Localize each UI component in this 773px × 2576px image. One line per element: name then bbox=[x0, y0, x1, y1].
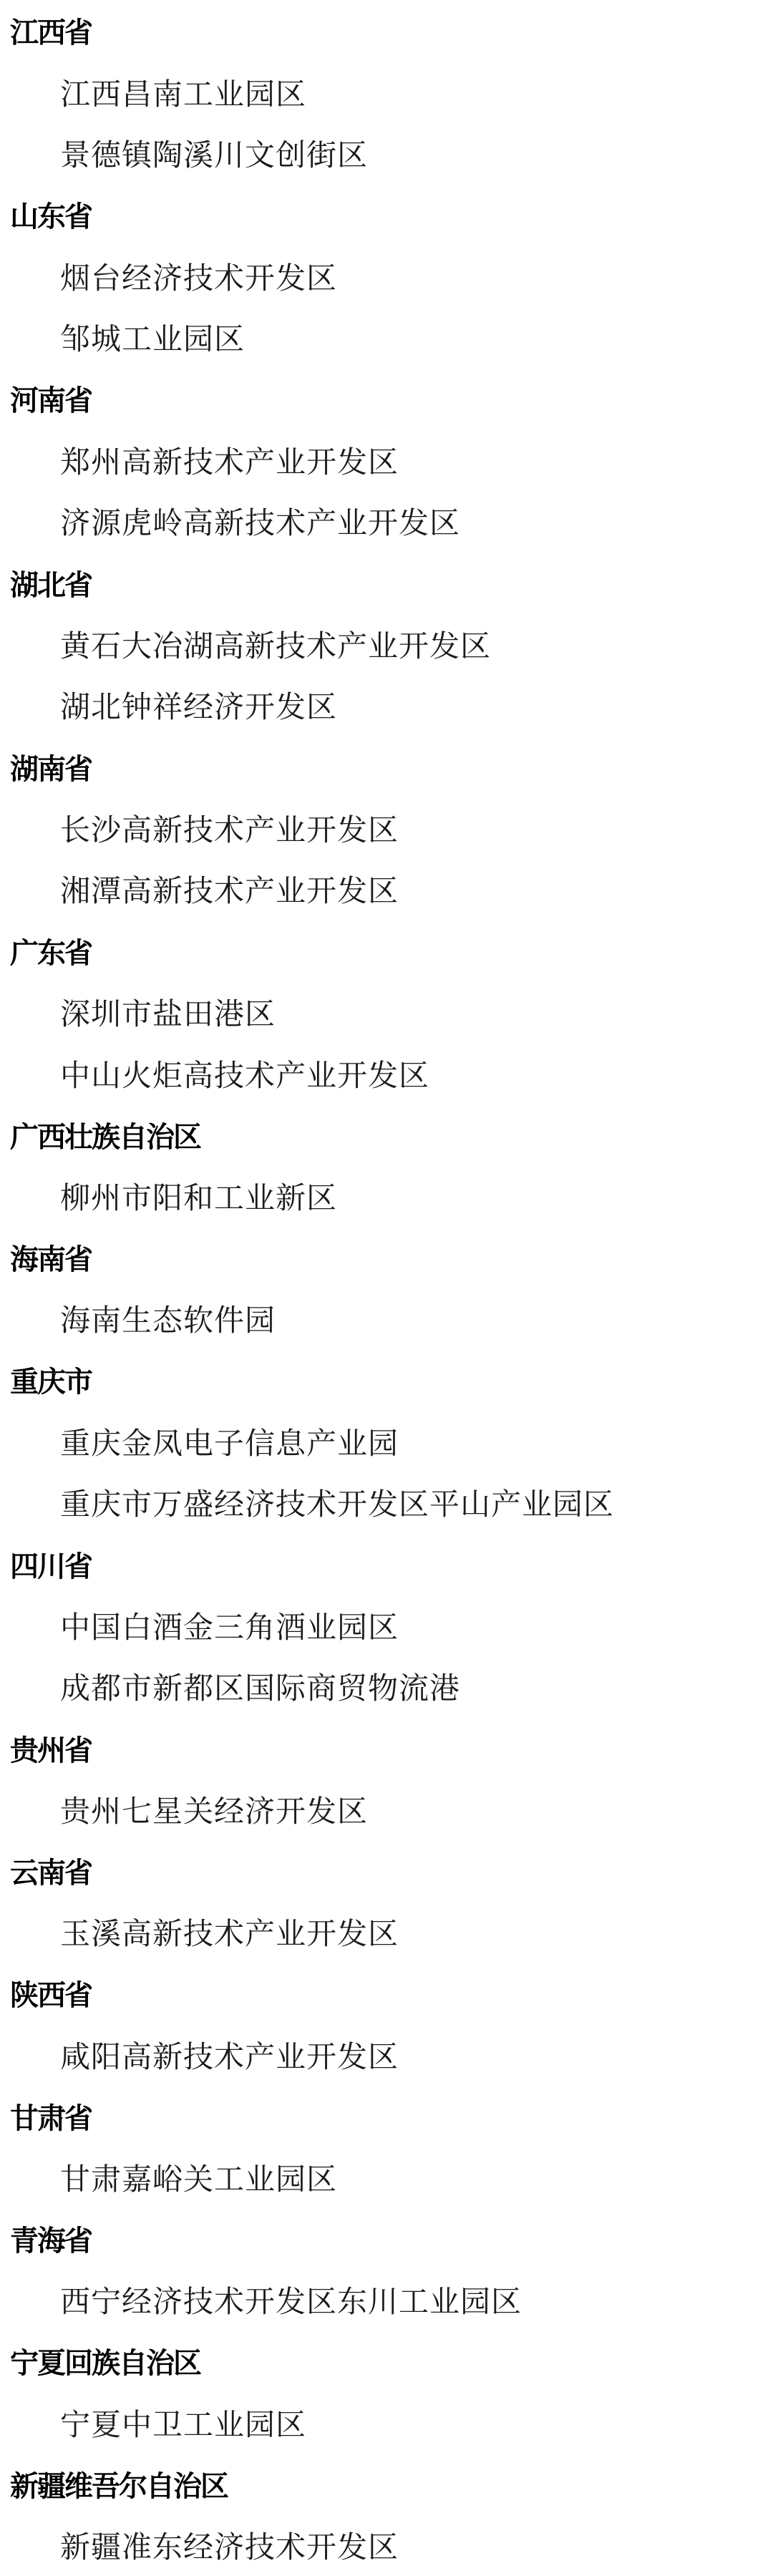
park-item: 深圳市盐田港区 bbox=[0, 981, 773, 1043]
park-item: 湘潭高新技术产业开发区 bbox=[0, 859, 773, 920]
region-heading: 新疆维吾尔自治区 bbox=[0, 2454, 773, 2515]
park-item: 西宁经济技术开发区东川工业园区 bbox=[0, 2269, 773, 2330]
region-heading: 四川省 bbox=[0, 1533, 773, 1595]
region-heading: 贵州省 bbox=[0, 1717, 773, 1779]
park-item: 成都市新都区国际商贸物流港 bbox=[0, 1656, 773, 1718]
park-item: 玉溪高新技术产业开发区 bbox=[0, 1901, 773, 1963]
region-heading: 河南省 bbox=[0, 368, 773, 429]
park-item: 郑州高新技术产业开发区 bbox=[0, 429, 773, 491]
park-item: 海南生态软件园 bbox=[0, 1288, 773, 1349]
park-item: 新疆准东经济技术开发区 bbox=[0, 2514, 773, 2576]
park-list: 江西省 江西昌南工业园区 景德镇陶溪川文创街区 山东省 烟台经济技术开发区 邹城… bbox=[0, 0, 773, 2576]
region-heading: 青海省 bbox=[0, 2208, 773, 2270]
park-item: 宁夏中卫工业园区 bbox=[0, 2392, 773, 2454]
region-heading: 山东省 bbox=[0, 184, 773, 246]
region-heading: 广西壮族自治区 bbox=[0, 1104, 773, 1165]
park-item: 济源虎岭高新技术产业开发区 bbox=[0, 491, 773, 553]
park-item: 邹城工业园区 bbox=[0, 306, 773, 368]
park-item: 江西昌南工业园区 bbox=[0, 62, 773, 123]
park-item: 重庆金凤电子信息产业园 bbox=[0, 1411, 773, 1472]
region-heading: 云南省 bbox=[0, 1840, 773, 1902]
park-item: 甘肃嘉峪关工业园区 bbox=[0, 2147, 773, 2208]
region-heading: 宁夏回族自治区 bbox=[0, 2330, 773, 2392]
park-item: 黄石大冶湖高新技术产业开发区 bbox=[0, 613, 773, 675]
region-heading: 湖北省 bbox=[0, 552, 773, 613]
region-heading: 江西省 bbox=[0, 0, 773, 62]
park-item: 贵州七星关经济开发区 bbox=[0, 1779, 773, 1840]
park-item: 中国白酒金三角酒业园区 bbox=[0, 1595, 773, 1656]
region-heading: 海南省 bbox=[0, 1227, 773, 1288]
park-item: 烟台经济技术开发区 bbox=[0, 246, 773, 307]
park-item: 重庆市万盛经济技术开发区平山产业园区 bbox=[0, 1472, 773, 1534]
park-item: 中山火炬高技术产业开发区 bbox=[0, 1043, 773, 1104]
region-heading: 广东省 bbox=[0, 920, 773, 981]
region-heading: 湖南省 bbox=[0, 736, 773, 797]
park-item: 景德镇陶溪川文创街区 bbox=[0, 122, 773, 184]
region-heading: 甘肃省 bbox=[0, 2085, 773, 2147]
park-item: 湖北钟祥经济开发区 bbox=[0, 675, 773, 737]
park-item: 咸阳高新技术产业开发区 bbox=[0, 2024, 773, 2086]
region-heading: 陕西省 bbox=[0, 1963, 773, 2024]
park-item: 长沙高新技术产业开发区 bbox=[0, 797, 773, 859]
region-heading: 重庆市 bbox=[0, 1349, 773, 1411]
park-item: 柳州市阳和工业新区 bbox=[0, 1165, 773, 1227]
